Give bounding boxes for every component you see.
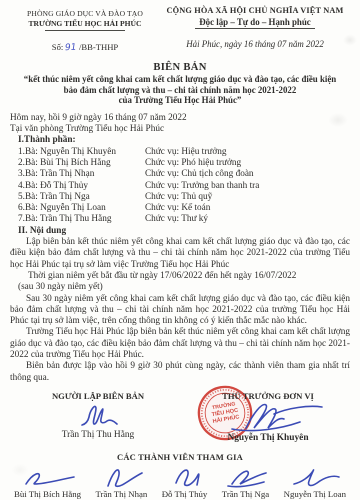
participant-name: 1.Bà: Nguyễn Thị Khuyên [18,147,145,158]
content-paragraph-1: Lập biên bản kết thúc niêm yết công khai… [10,237,350,271]
document-page: PHÒNG GIÁO DỤC VÀ ĐÀO TẠO TRƯỜNG TIỂU HỌ… [0,0,360,500]
content-paragraph-4: Biên bản được lập vào hồi 9 giờ 30 phút … [10,361,350,384]
participant-row: 2.Bà: Bùi Thị Bích Hằng Chức vụ: Phó hiệ… [18,158,350,169]
subtitle-line-1: “kết thúc niêm yết công khai cam kết chấ… [10,74,350,85]
participant-row: 5.Bà: Trần Thị Nga Chức vụ: Thủ quỹ [18,192,350,203]
member-names-row: Bùi Thị Bích Hằng Trần Thị Nhạn Đỗ Thị T… [10,489,350,499]
member-name: Nguyễn Thị Loan [284,489,346,499]
place-date-line: Hải Phúc, ngày 16 tháng 07 năm 2022 [160,39,350,49]
participant-row: 6.Bà: Nguyễn Thị Loan Chức vụ: Kế toán [18,203,350,214]
document-number-line: Số: 91 /BB-THHP [10,42,160,53]
participant-row: 1.Bà: Nguyễn Thị Khuyên Chức vụ: Hiệu tr… [18,147,350,158]
document-subtitle: “kết thúc niêm yết công khai cam kết chấ… [10,74,350,106]
members-heading: CÁC THÀNH VIÊN THAM GIA [10,452,350,462]
recorder-title: NGƯỜI LẬP BIÊN BẢN [10,391,186,401]
participant-role: Chức vụ: Phó hiệu trưởng [145,158,241,169]
participant-role: Chức vụ: Chủ tịch công đoàn [145,169,254,180]
section-content-heading: II. Nội dung [18,226,350,237]
member-signature-mark [18,466,80,490]
head-name: Nguyễn Thị Khuyên [186,433,350,443]
document-number-suffix: /BB-THHP [79,42,118,52]
recorder-signature-block: NGƯỜI LẬP BIÊN BẢN Trần Thị Thu Hằng [10,391,186,443]
head-signature-mark [208,398,328,432]
member-signature-mark [92,464,148,490]
head-signature-block: TRƯỜNG TIỂU HỌC HẢI PHÚC THỦ TRƯỞNG ĐƠN … [186,391,350,443]
member-signatures-row [10,464,350,490]
participant-role: Chức vụ: Kế toán [145,203,210,214]
member-signature-mark [160,464,206,490]
content-paragraph-3: Trường Tiểu học Hải Phúc lập biên bản kế… [10,327,350,361]
participant-role: Chức vụ: Trưởng ban thanh tra [145,181,259,192]
national-motto: Độc lập – Tự do – Hạnh phúc [160,17,350,27]
participant-name: 5.Bà: Trần Thị Nga [18,192,145,203]
intro-time-line: Hôm nay, hồi 9 giờ ngày 16 tháng 07 năm … [10,113,350,124]
participant-name: 3.Bà: Trần Thị Nhạn [18,169,145,180]
document-header: PHÒNG GIÁO DỤC VÀ ĐÀO TẠO TRƯỜNG TIỂU HỌ… [10,6,350,53]
participant-role: Chức vụ: Hiệu trưởng [145,147,226,158]
header-divider-left [45,30,125,31]
member-name: Trần Thị Nga [222,489,269,499]
member-name: Trần Thị Nhạn [95,489,147,499]
subtitle-line-3: của Trường Tiểu Học Hải Phúc” [10,95,350,106]
participant-name: 7.Bà: Trần Thị Thu Hằng [18,214,145,225]
posting-period-line: Thời gian niêm yết bắt đầu từ ngày 17/06… [28,271,350,282]
members-section: CÁC THÀNH VIÊN THAM GIA Bùi Thị Bích Hằn… [10,452,350,499]
school-name: TRƯỜNG TIỂU HỌC HẢI PHÚC [10,19,160,28]
member-name: Bùi Thị Bích Hằng [14,489,81,499]
participant-row: 7.Bà: Trần Thị Thu Hằng Chức vụ: Thư ký [18,214,350,225]
signature-section: NGƯỜI LẬP BIÊN BẢN Trần Thị Thu Hằng TRƯ… [10,391,350,443]
participant-row: 4.Bà: Đỗ Thị Thủy Chức vụ: Trưởng ban th… [18,181,350,192]
participant-row: 3.Bà: Trần Thị Nhạn Chức vụ: Chủ tịch cô… [18,169,350,180]
document-number-handwritten: 91 [65,43,77,54]
member-signature-mark [284,464,342,490]
header-divider-right [195,28,315,29]
posting-note-line: (sau 30 ngày niêm yết) [18,282,350,293]
participant-name: 4.Bà: Đỗ Thị Thủy [18,181,145,192]
recorder-signature-mark [75,401,121,429]
participant-name: 6.Bà: Nguyễn Thị Loan [18,203,145,214]
national-title: CỘNG HÒA XÃ HỘI CHỦ NGHĨA VIỆT NAM [160,6,350,15]
participant-role: Chức vụ: Thủ quỹ [145,192,212,203]
issuing-agency-block: PHÒNG GIÁO DỤC VÀ ĐÀO TẠO TRƯỜNG TIỂU HỌ… [10,6,160,53]
parent-agency-name: PHÒNG GIÁO DỤC VÀ ĐÀO TẠO [10,9,160,18]
recorder-name: Trần Thị Thu Hằng [10,430,186,440]
participant-name: 2.Bà: Bùi Thị Bích Hằng [18,158,145,169]
intro-place-line: Tại văn phòng Trường Tiểu học Hải Phúc [10,124,350,135]
section-participants-heading: I.Thành phần: [18,135,350,146]
document-title: BIÊN BẢN [10,62,350,73]
participant-role: Chức vụ: Thư ký [145,214,208,225]
document-number-label: Số: [52,42,63,52]
subtitle-line-2: bảo đảm chất lượng và thu – chi tài chín… [10,85,350,96]
national-motto-block: CỘNG HÒA XÃ HỘI CHỦ NGHĨA VIỆT NAM Độc l… [160,6,350,53]
member-signature-mark [218,464,272,490]
title-block: BIÊN BẢN “kết thúc niêm yết công khai ca… [10,62,350,106]
document-body: Hôm nay, hồi 9 giờ ngày 16 tháng 07 năm … [10,113,350,384]
content-paragraph-2: Sau 30 ngày niêm yết công khai cam kết c… [10,294,350,328]
member-name: Đỗ Thị Thủy [162,489,208,499]
